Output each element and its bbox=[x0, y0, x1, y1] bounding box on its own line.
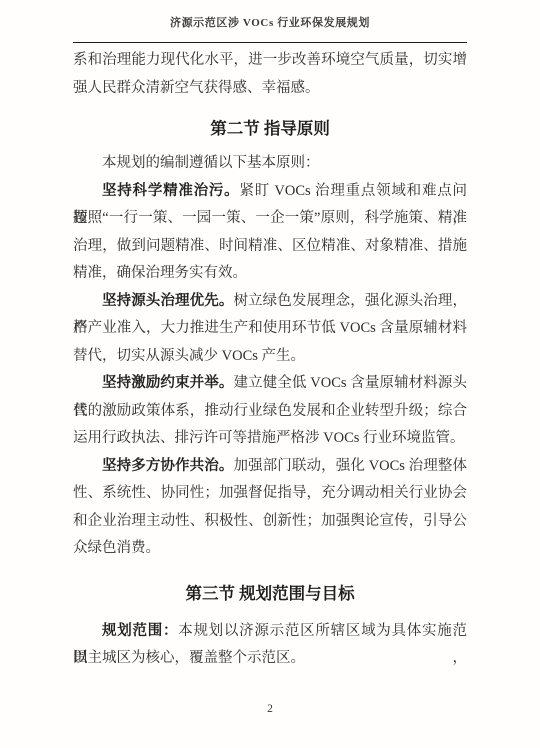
line-text: 本规划的编制遵循以下基本原则： bbox=[102, 155, 320, 171]
line-text: 格产业准入，大力推进生产和使用环节低 VOCs 含量原辅材料 bbox=[73, 320, 467, 336]
section-heading-3: 第三节 规划范围与目标 bbox=[73, 580, 467, 608]
body-line: 性、系统性、协同性；加强督促指导，充分调动相关行业协会 bbox=[73, 480, 467, 508]
line-text: 替代，切实从源头减少 VOCs 产生。 bbox=[73, 348, 305, 364]
document-page: 济源示范区涉 VOCs 行业环保发展规划 系和治理能力现代化水平，进一步改善环境… bbox=[0, 0, 540, 748]
body-line: 代的激励政策体系，推动行业绿色发展和企业转型升级；综合 bbox=[73, 398, 467, 426]
running-header-title: 济源示范区涉 VOCs 行业环保发展规划 bbox=[0, 0, 540, 30]
bold-lead: 坚持多方协作共治。 bbox=[102, 458, 233, 474]
line-text: 强人民群众清新空气获得感、幸福感。 bbox=[73, 80, 320, 96]
body-line: 替代，切实从源头减少 VOCs 产生。 bbox=[73, 343, 467, 371]
body-line: 和企业治理主动性、积极性、创新性；加强舆论宣传，引导公 bbox=[73, 508, 467, 536]
line-text: 加强部门联动，强化 VOCs 治理整体 bbox=[233, 458, 467, 474]
body-line: 运用行政执法、排污许可等措施严格涉 VOCs 行业环境监管。 bbox=[73, 425, 467, 453]
body-line: 系和治理能力现代化水平，进一步改善环境空气质量，切实增 bbox=[73, 47, 467, 75]
line-text: 和企业治理主动性、积极性、创新性；加强舆论宣传，引导公 bbox=[73, 513, 467, 529]
line-text: 按照“一行一策、一园一策、一企一策”原则，科学施策、精准 bbox=[73, 210, 467, 226]
bold-lead: 坚持源头治理优先。 bbox=[102, 293, 233, 309]
line-text: 系和治理能力现代化水平，进一步改善环境空气质量，切实增 bbox=[73, 52, 467, 68]
body-line: 众绿色消费。 bbox=[73, 535, 467, 563]
body-line: 规划范围：本规划以济源示范区所辖区域为具体实施范围， bbox=[73, 618, 467, 646]
body-line: 坚持科学精准治污。紧盯 VOCs 治理重点领域和难点问题， bbox=[73, 178, 467, 206]
line-text: 以主城区为核心，覆盖整个示范区。 bbox=[73, 650, 305, 666]
line-text: 代的激励政策体系，推动行业绿色发展和企业转型升级；综合 bbox=[73, 403, 467, 419]
line-text: 众绿色消费。 bbox=[73, 540, 160, 556]
page-number: 2 bbox=[0, 703, 540, 715]
line-text: 运用行政执法、排污许可等措施严格涉 VOCs 行业环境监管。 bbox=[73, 430, 465, 446]
section-heading-2: 第二节 指导原则 bbox=[73, 115, 467, 143]
body-line: 坚持源头治理优先。树立绿色发展理念，强化源头治理，严 bbox=[73, 288, 467, 316]
body-line: 精准，确保治理务实有效。 bbox=[73, 260, 467, 288]
header-rule bbox=[73, 42, 467, 43]
body-line: 坚持多方协作共治。加强部门联动，强化 VOCs 治理整体 bbox=[73, 453, 467, 481]
bold-lead: 坚持激励约束并举。 bbox=[102, 375, 233, 391]
bold-lead: 规划范围： bbox=[102, 623, 178, 639]
body-line: 治理，做到问题精准、时间精准、区位精准、对象精准、措施 bbox=[73, 233, 467, 261]
body-line: 格产业准入，大力推进生产和使用环节低 VOCs 含量原辅材料 bbox=[73, 315, 467, 343]
body-line: 坚持激励约束并举。建立健全低 VOCs 含量原辅材料源头替 bbox=[73, 370, 467, 398]
body-line: 强人民群众清新空气获得感、幸福感。 bbox=[73, 75, 467, 103]
bold-lead: 坚持科学精准治污。 bbox=[102, 183, 239, 199]
line-text: 精准，确保治理务实有效。 bbox=[73, 265, 247, 281]
body-line: 本规划的编制遵循以下基本原则： bbox=[73, 150, 467, 178]
line-text: 治理，做到问题精准、时间精准、区位精准、对象精准、措施 bbox=[73, 238, 467, 254]
line-text: 性、系统性、协同性；加强督促指导，充分调动相关行业协会 bbox=[73, 485, 467, 501]
body-line: 按照“一行一策、一园一策、一企一策”原则，科学施策、精准 bbox=[73, 205, 467, 233]
page-body: 系和治理能力现代化水平，进一步改善环境空气质量，切实增 强人民群众清新空气获得感… bbox=[73, 47, 467, 673]
